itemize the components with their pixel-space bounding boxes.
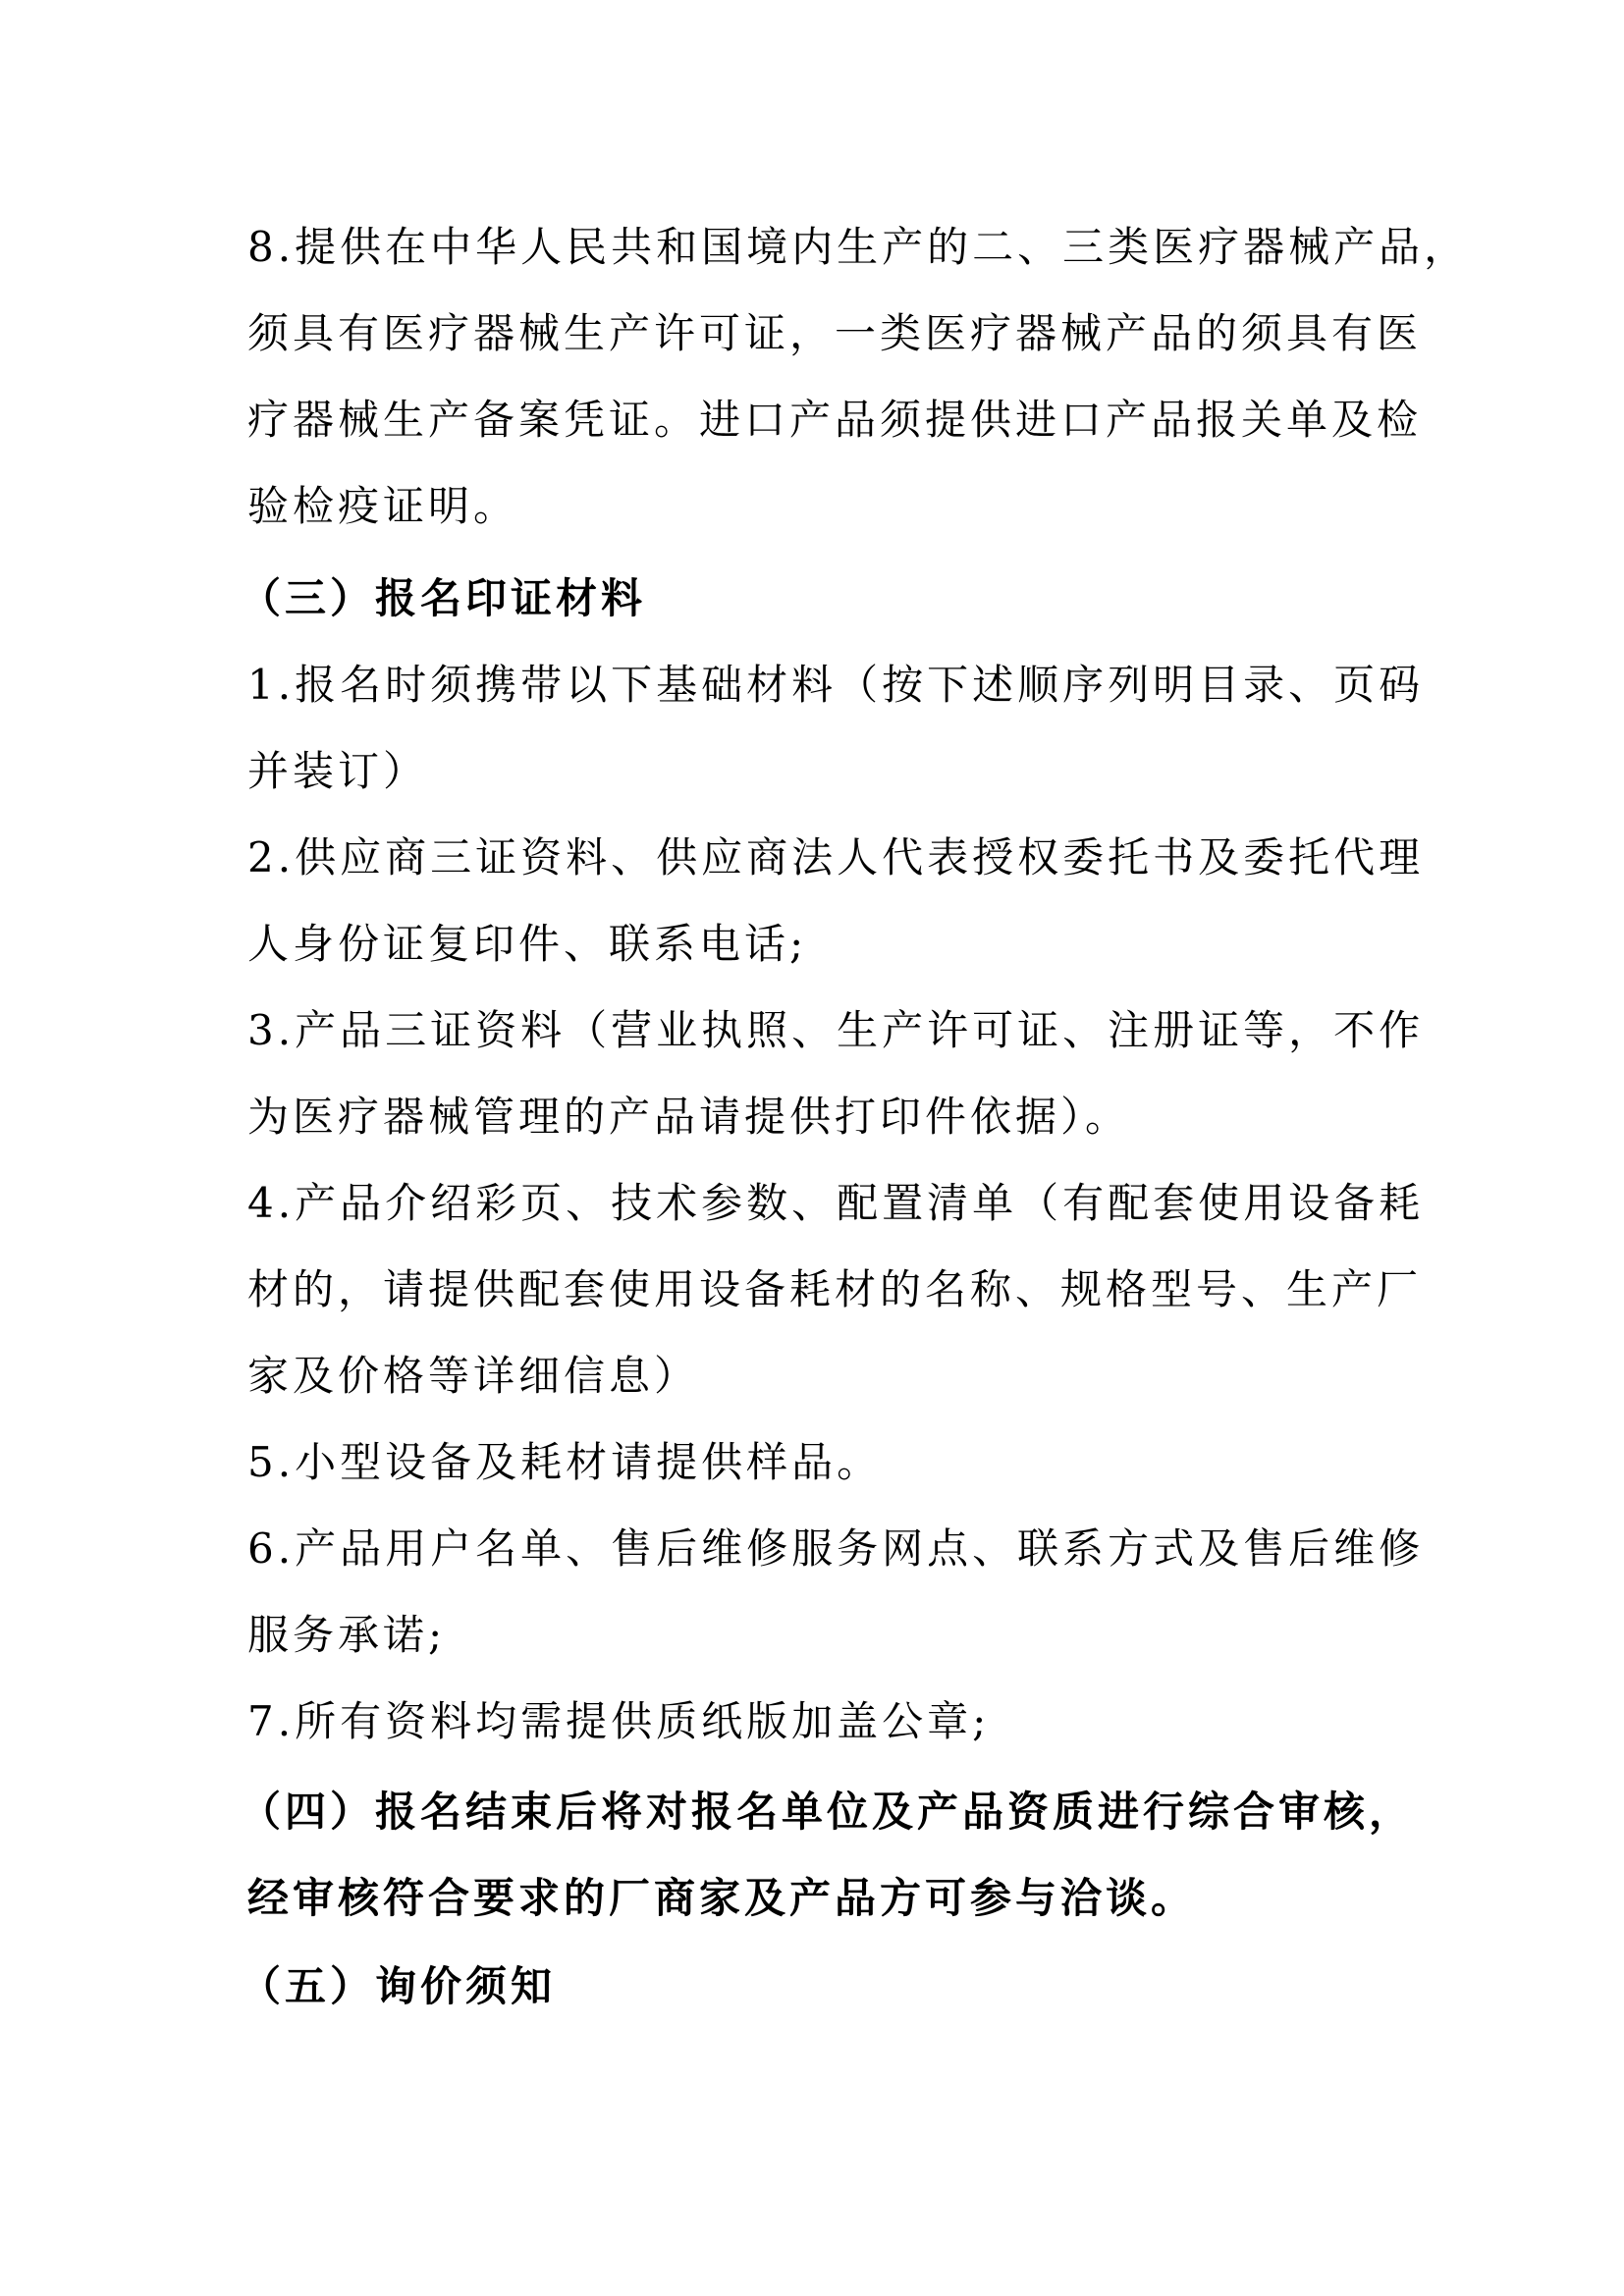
item-8-line-4: 验检疫证明。 [247, 481, 518, 532]
item-3-line-1: 3.产品三证资料（营业执照、生产许可证、注册证等，不作 [247, 1005, 1424, 1056]
item-8-line-3: 疗器械生产备案凭证。进口产品须提供进口产品报关单及检 [247, 395, 1422, 446]
item-4-line-3: 家及价格等详细信息） [247, 1351, 699, 1402]
item-7-line-1: 7.所有资料均需提供质纸版加盖公章; [247, 1696, 990, 1747]
item-4-line-2: 材的，请提供配套使用设备耗材的名称、规格型号、生产厂 [247, 1264, 1422, 1315]
section-4-line-1: （四）报名结束后将对报名单位及产品资质进行综合审核， [240, 1787, 1414, 1838]
section-3-heading: （三）报名印证材料 [240, 573, 646, 624]
item-4-line-1: 4.产品介绍彩页、技术参数、配置清单（有配套使用设备耗 [247, 1178, 1424, 1229]
item-6-line-1: 6.产品用户名单、售后维修服务网点、联系方式及售后维修 [247, 1523, 1424, 1575]
item-1-line-2: 并装订） [247, 746, 428, 797]
item-6-line-2: 服务承诺; [247, 1610, 446, 1661]
section-4-line-2: 经审核符合要求的厂商家及产品方可参与洽谈。 [247, 1873, 1196, 1924]
item-8-line-1: 8.提供在中华人民共和国境内生产的二、三类医疗器械产品， [247, 222, 1469, 273]
item-3-line-2: 为医疗器械管理的产品请提供打印件依据）。 [247, 1092, 1130, 1143]
item-5-line-1: 5.小型设备及耗材请提供样品。 [247, 1437, 882, 1488]
item-1-line-1: 1.报名时须携带以下基础材料（按下述顺序列明目录、页码 [247, 660, 1424, 711]
item-2-line-1: 2.供应商三证资料、供应商法人代表授权委托书及委托代理 [247, 832, 1424, 883]
item-8-line-2: 须具有医疗器械生产许可证，一类医疗器械产品的须具有医 [247, 308, 1422, 359]
item-2-line-2: 人身份证复印件、联系电话; [247, 919, 807, 970]
section-5-heading: （五）询价须知 [240, 1961, 556, 2012]
